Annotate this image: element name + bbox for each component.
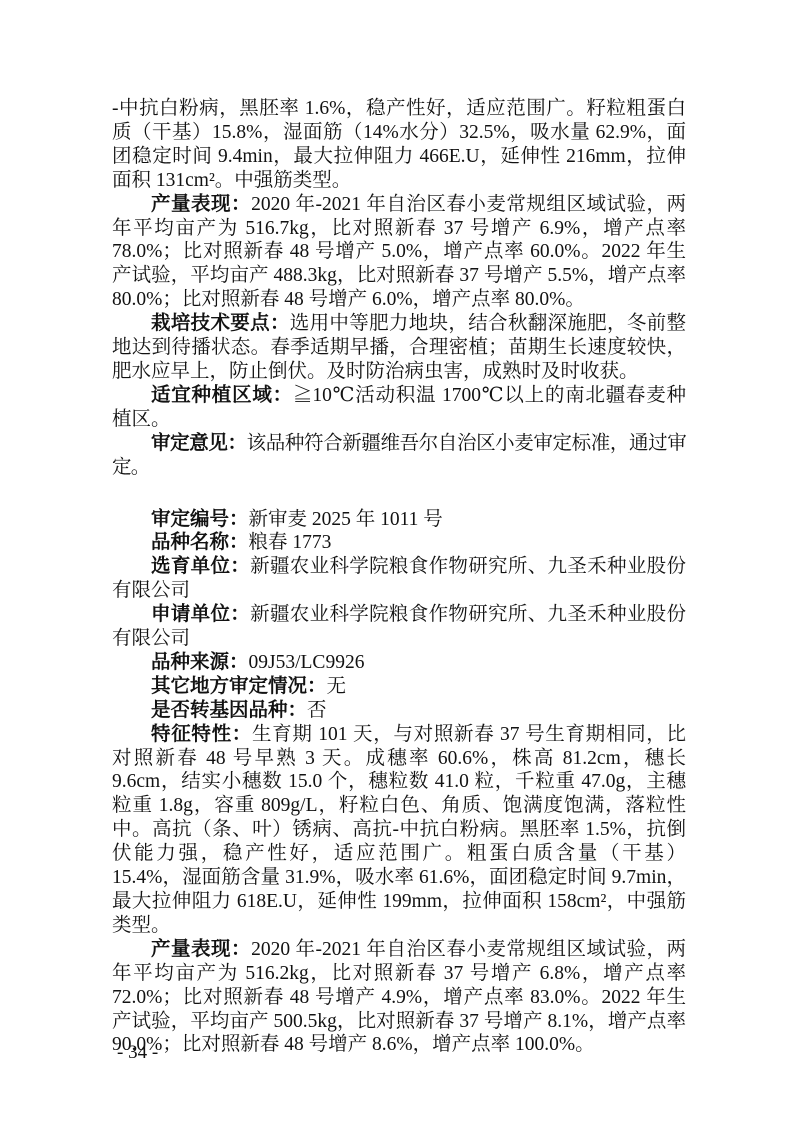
paragraph-label: 申请单位： xyxy=(151,603,250,625)
paragraph-suitable-region: 适宜种植区域：≧10℃活动积温 1700℃以上的南北疆春麦种植区。 xyxy=(112,384,686,432)
paragraph-breeding-unit: 选育单位：新疆农业科学院粮食作物研究所、九圣禾种业股份有限公司 xyxy=(112,555,686,603)
paragraph-text: 生育期 101 天，与对照新春 37 号生育期相同，比对照新春 48 号早熟 3… xyxy=(112,724,686,936)
document-page: -中抗白粉病，黑胚率 1.6%，稳产性好，适应范围广。籽粒粗蛋白质（干基）15.… xyxy=(0,0,793,1122)
paragraph-label: 产量表现： xyxy=(151,193,251,215)
paragraph-approval-number: 审定编号：新审麦 2025 年 1011 号 xyxy=(112,508,686,532)
page-number: - 34 - xyxy=(117,1041,158,1065)
paragraph-label: 审定编号： xyxy=(151,508,249,530)
paragraph-gmo-status: 是否转基因品种：否 xyxy=(112,699,686,723)
paragraph-label: 是否转基因品种： xyxy=(151,699,307,721)
document-body: -中抗白粉病，黑胚率 1.6%，稳产性好，适应范围广。籽粒粗蛋白质（干基）15.… xyxy=(112,97,686,1057)
paragraph-label: 品种来源： xyxy=(151,651,249,673)
paragraph-label: 适宜种植区域： xyxy=(151,384,293,406)
paragraph-text: 09J53/LC9926 xyxy=(249,652,365,673)
paragraph-label: 品种名称： xyxy=(151,531,249,553)
paragraph-yield-performance-2: 产量表现：2020 年-2021 年自治区春小麦常规组区域试验，两年平均亩产为 … xyxy=(112,938,686,1058)
paragraph-text: 新审麦 2025 年 1011 号 xyxy=(249,509,443,530)
paragraph-continuation-quality: -中抗白粉病，黑胚率 1.6%，稳产性好，适应范围广。籽粒粗蛋白质（干基）15.… xyxy=(112,97,686,193)
paragraph-text: 粮春 1773 xyxy=(249,532,332,553)
paragraph-text: -中抗白粉病，黑胚率 1.6%，稳产性好，适应范围广。籽粒粗蛋白质（干基）15.… xyxy=(112,98,686,191)
paragraph-label: 审定意见： xyxy=(151,432,247,454)
paragraph-text: 否 xyxy=(307,700,327,721)
paragraph-characteristics: 特征特性：生育期 101 天，与对照新春 37 号生育期相同，比对照新春 48 … xyxy=(112,723,686,938)
paragraph-label: 栽培技术要点： xyxy=(151,312,290,334)
paragraph-other-approval-status: 其它地方审定情况：无 xyxy=(112,675,686,699)
paragraph-text: 无 xyxy=(327,676,347,697)
paragraph-label: 其它地方审定情况： xyxy=(151,675,327,697)
paragraph-yield-performance-1: 产量表现：2020 年-2021 年自治区春小麦常规组区域试验，两年平均亩产为 … xyxy=(112,193,686,313)
paragraph-approval-opinion: 审定意见：该品种符合新疆维吾尔自治区小麦审定标准，通过审定。 xyxy=(112,432,686,480)
paragraph-applicant-unit: 申请单位：新疆农业科学院粮食作物研究所、九圣禾种业股份有限公司 xyxy=(112,603,686,651)
paragraph-variety-name: 品种名称：粮春 1773 xyxy=(112,531,686,555)
paragraph-label: 特征特性： xyxy=(151,723,252,745)
paragraph-label: 选育单位： xyxy=(151,555,250,577)
paragraph-cultivation-techniques: 栽培技术要点：选用中等肥力地块，结合秋翻深施肥，冬前整地达到待播状态。春季适期早… xyxy=(112,312,686,384)
paragraph-label: 产量表现： xyxy=(151,938,251,960)
paragraph-variety-source: 品种来源：09J53/LC9926 xyxy=(112,651,686,675)
section-divider-gap xyxy=(112,480,686,508)
